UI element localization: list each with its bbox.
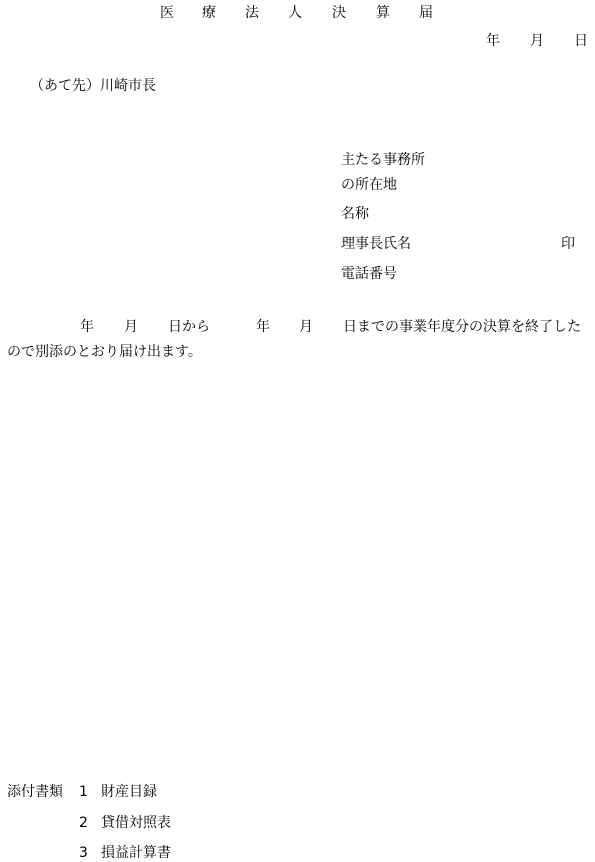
seal-mark: 印 [561, 236, 575, 252]
title-char: 法 [245, 5, 259, 21]
attachment-number: 2 [79, 815, 88, 831]
phone-number-label: 電話番号 [341, 266, 397, 282]
from-year-label: 年 [80, 319, 94, 335]
body-line-1-rest: 日までの事業年度分の決算を終了した [343, 319, 581, 335]
title-char: 決 [332, 5, 346, 21]
to-year-label: 年 [256, 319, 270, 335]
attachment-name: 財産目録 [101, 784, 157, 800]
date-day-label: 日 [574, 33, 588, 49]
date-month-label: 月 [530, 33, 544, 49]
title-char: 届 [419, 5, 433, 21]
title-char: 医 [160, 5, 174, 21]
from-month-label: 月 [124, 319, 138, 335]
office-location-label-line2: の所在地 [341, 177, 397, 193]
to-month-label: 月 [299, 319, 313, 335]
corporation-name-label: 名称 [341, 206, 369, 222]
title-char: 療 [202, 5, 216, 21]
from-day-label: 日から [168, 319, 210, 335]
attachment-number: 3 [79, 845, 88, 861]
office-location-label-line1: 主たる事務所 [341, 152, 425, 168]
attachment-name: 損益計算書 [101, 845, 171, 861]
attachment-name: 貸借対照表 [101, 815, 171, 831]
body-line-2: ので別添のとおり届け出ます。 [7, 344, 202, 360]
addressee: （あて先）川崎市長 [30, 78, 156, 94]
attachments-label: 添付書類 [7, 784, 63, 800]
director-name-label: 理事長氏名 [341, 236, 411, 252]
title-char: 算 [376, 5, 390, 21]
title-char: 人 [288, 5, 302, 21]
date-year-label: 年 [486, 33, 500, 49]
attachment-number: 1 [79, 784, 88, 800]
